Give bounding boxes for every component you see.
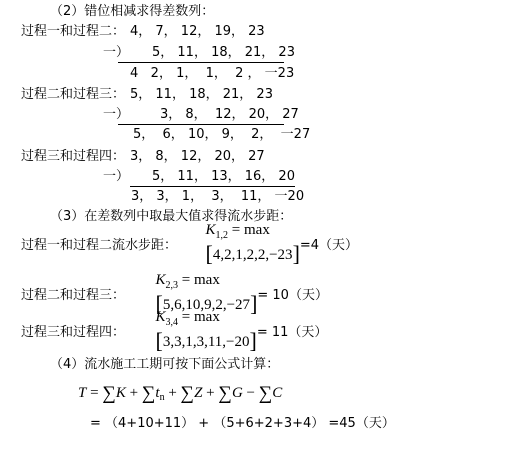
group2-row1: 5， 11， 18， 21， 23 — [130, 87, 273, 103]
group1-result: 4 2， 1， 1， 2 ， 一23 — [130, 66, 294, 82]
term-C: C — [272, 385, 282, 402]
step1-k: K — [206, 222, 216, 238]
group1-row1: 4， 7， 12， 19， 23 — [130, 24, 265, 40]
step2-k: K — [156, 272, 166, 288]
op-plus-1: + — [126, 385, 142, 402]
op-plus-3: + — [202, 385, 218, 402]
right-bracket: ] — [293, 241, 300, 266]
sigma-icon: ∑ — [142, 383, 156, 405]
group3-minus: 一） — [103, 169, 129, 185]
step1-sub: 1,2 — [216, 230, 229, 241]
duration-calculation: = （4+10+11） + （5+6+2+3+4） =45（天） — [90, 416, 395, 432]
step3-values: 3,3,1,3,11,−20 — [163, 334, 250, 350]
group1-row2: 5， 11， 18， 21， 23 — [152, 45, 295, 61]
step1-result: =4（天） — [300, 234, 358, 253]
op-minus: − — [243, 385, 259, 402]
step1-label: 过程一和过程二流水步距： — [21, 234, 177, 253]
group2-label: 过程二和过程三： — [21, 87, 125, 103]
group3-row2: 5， 11， 13， 16， 20 — [152, 169, 295, 185]
term-G: G — [232, 385, 243, 402]
step-distance-1: 过程一和过程二流水步距： K1,2 = max [4,2,1,2,2,−23] … — [21, 233, 358, 253]
group1-minus: 一） — [103, 45, 129, 61]
left-bracket: [ — [156, 328, 163, 353]
step2-result: = 10（天） — [257, 284, 328, 303]
sigma-icon: ∑ — [259, 383, 273, 405]
right-bracket: ] — [250, 328, 257, 353]
step3-result: = 11（天） — [257, 321, 328, 340]
step2-sub: 2,3 — [166, 280, 179, 291]
formula-T: T — [78, 385, 86, 402]
group1-label: 过程一和过程二： — [21, 24, 125, 40]
sigma-icon: ∑ — [102, 383, 116, 405]
step2-eq: = max — [178, 272, 220, 288]
formula-eq: = — [86, 385, 102, 402]
step3-eq: = max — [178, 309, 220, 325]
section2-heading: （2）错位相减求得差数列： — [50, 4, 214, 20]
step1-eq: = max — [228, 222, 270, 238]
group3-divider — [130, 186, 295, 187]
section4-heading: （4）流水施工工期可按下面公式计算： — [50, 357, 279, 373]
term-Z: Z — [194, 385, 202, 402]
duration-formula: T = ∑K + ∑tn + ∑Z + ∑G − ∑C — [78, 382, 282, 404]
group3-row1: 3， 8， 12， 20， 27 — [130, 149, 265, 165]
term-K: K — [116, 385, 126, 402]
sigma-icon: ∑ — [218, 383, 232, 405]
group2-row2: 3， 8， 12， 20， 27 — [160, 107, 299, 123]
step3-sub: 3,4 — [166, 317, 179, 328]
group1-divider — [118, 62, 284, 63]
term-t-sub: n — [160, 392, 165, 403]
group2-result: 5， 6， 10， 9， 2， 一27 — [133, 127, 310, 143]
group3-result: 3， 3， 1， 3， 11， 一20 — [131, 189, 304, 205]
step2-label: 过程二和过程三： — [21, 284, 125, 303]
group2-minus: 一） — [103, 107, 129, 123]
step3-k: K — [156, 309, 166, 325]
step3-label: 过程三和过程四： — [21, 321, 125, 340]
op-plus-2: + — [165, 385, 181, 402]
group3-label: 过程三和过程四： — [21, 149, 125, 165]
sigma-icon: ∑ — [181, 383, 195, 405]
step-distance-3: 过程三和过程四： K3,4 = max [3,3,1,3,11,−20] = 1… — [21, 320, 327, 340]
group2-divider — [118, 124, 284, 125]
